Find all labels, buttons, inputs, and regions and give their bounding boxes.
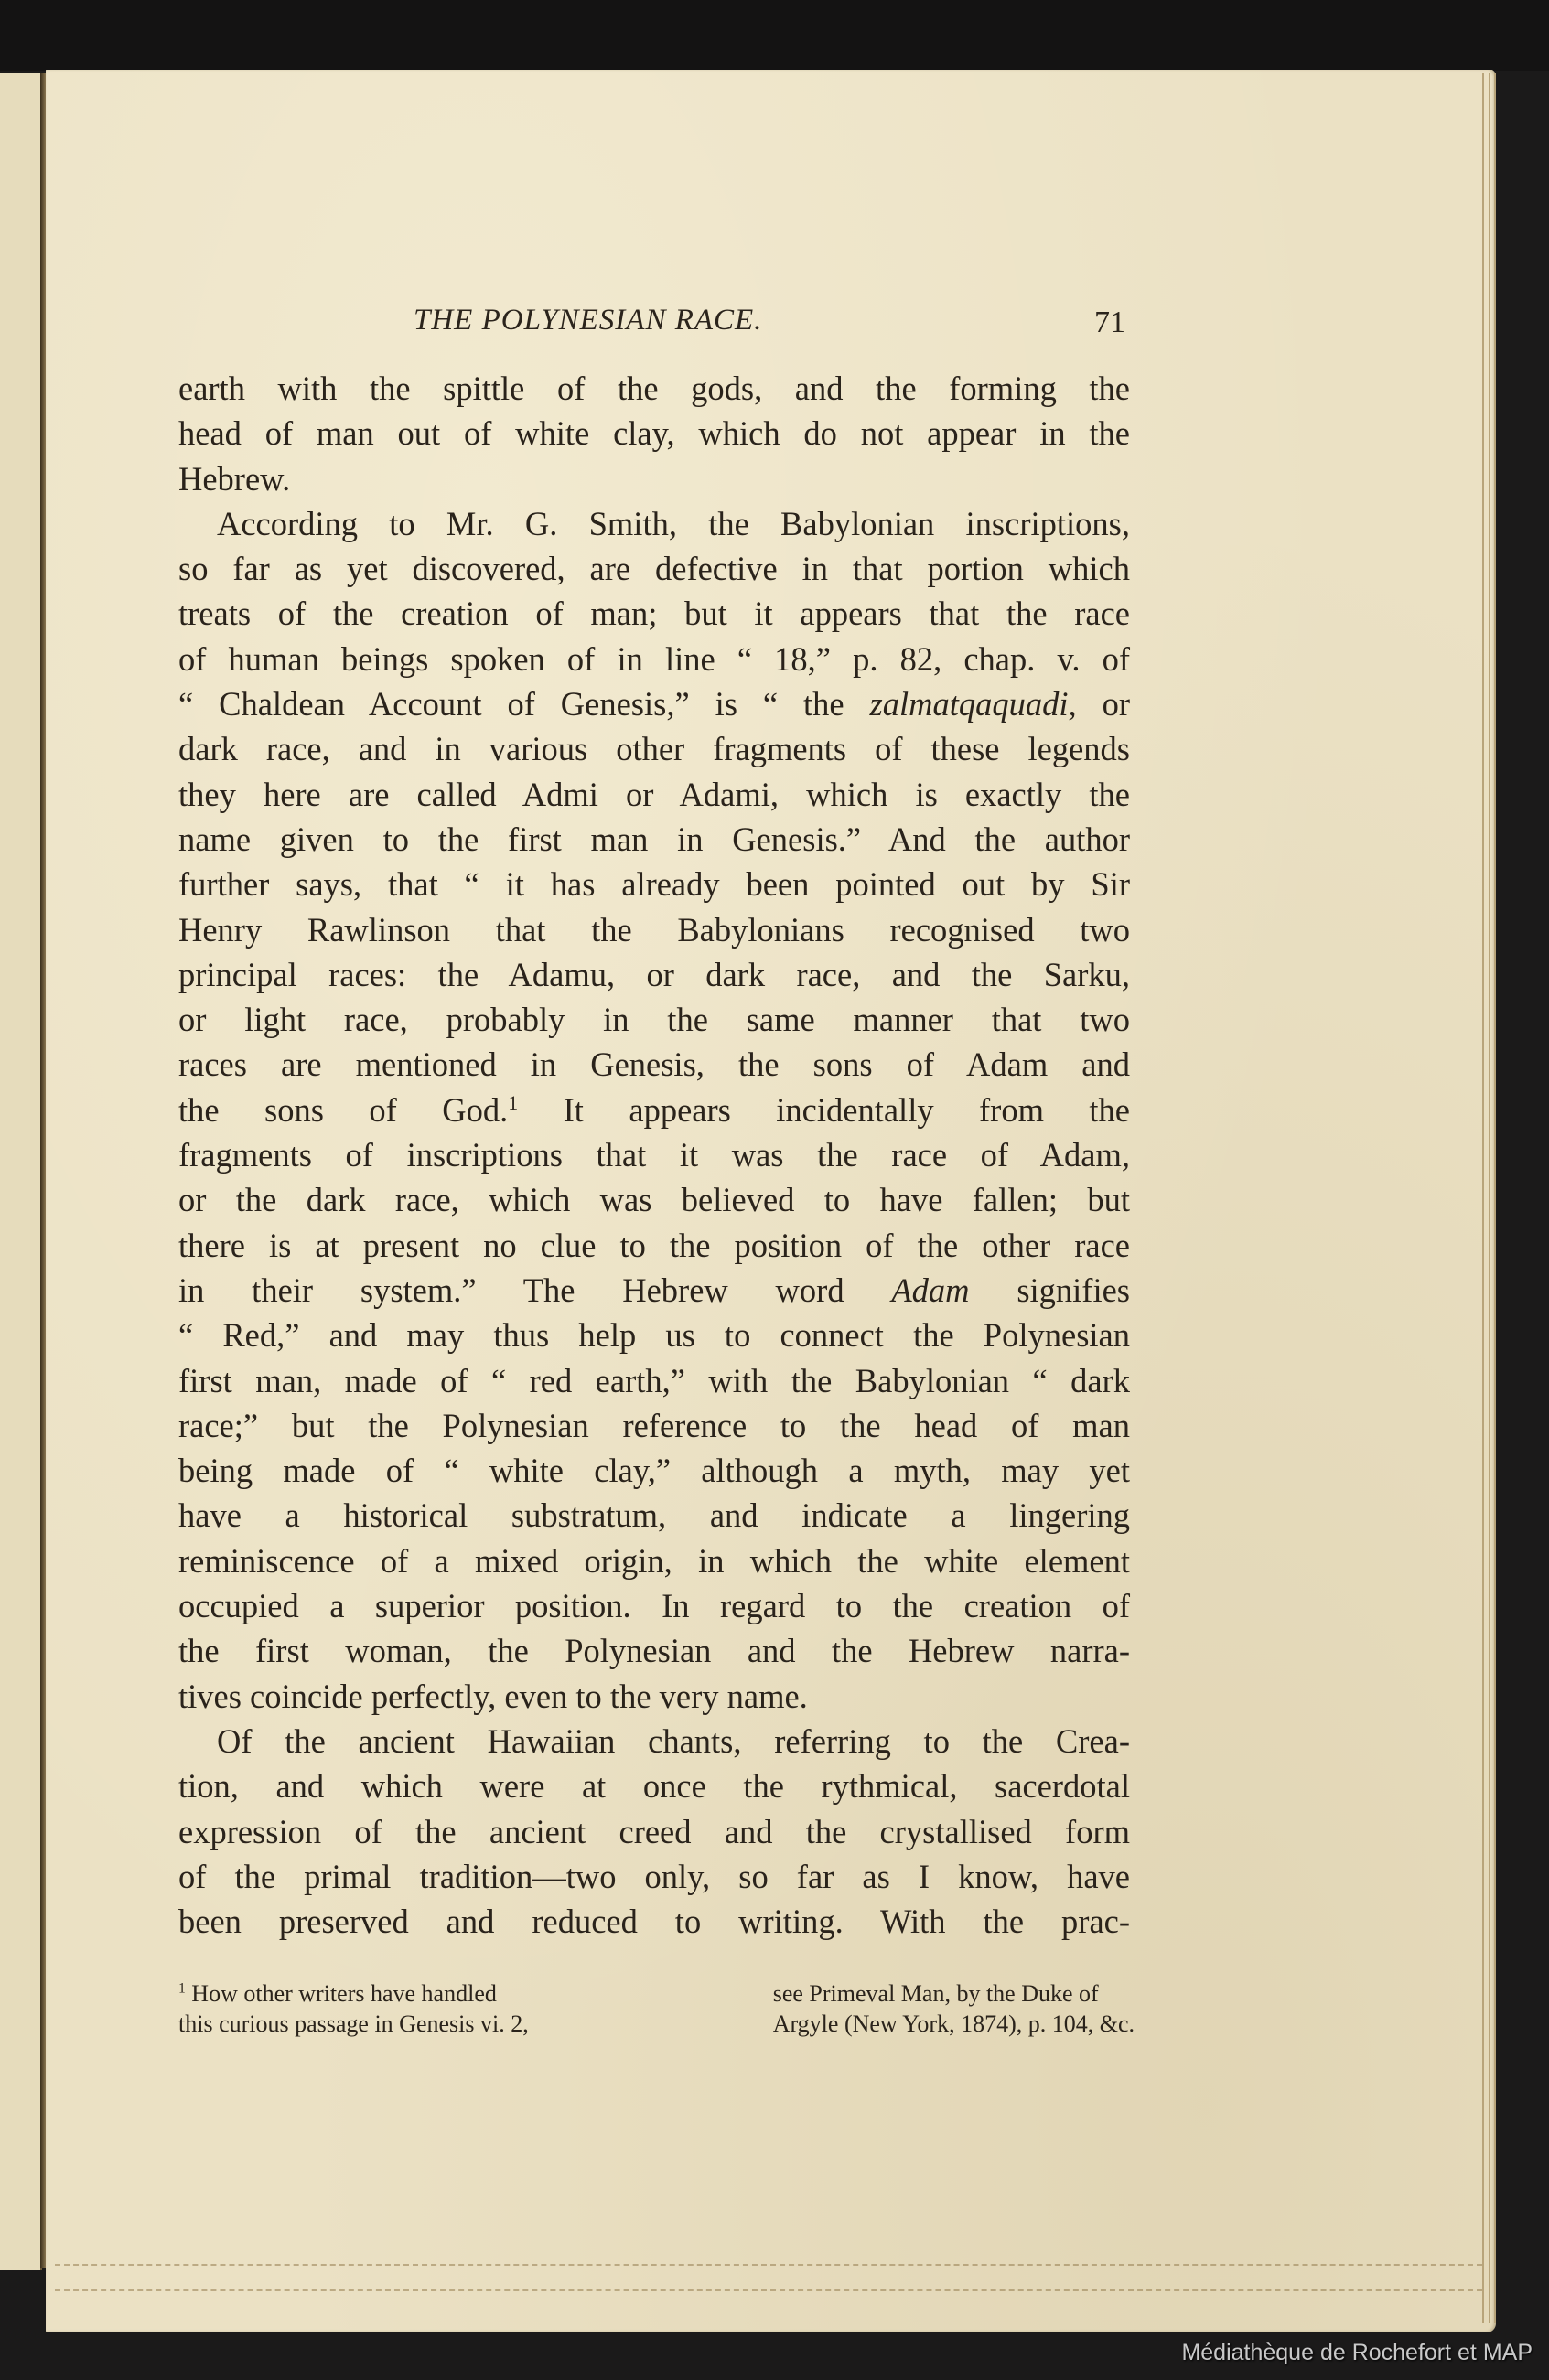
text-line: tives coincide perfectly, even to the ve… [178, 1674, 1130, 1719]
text-line: name given to the first man in Genesis.”… [178, 817, 1130, 862]
page-stack-edge [1494, 73, 1496, 2323]
text-run: signifies [970, 1271, 1130, 1309]
footnote-line: see Primeval Man, by the Duke of [773, 1978, 1135, 2009]
text-line: earth with the spittle of the gods, and … [178, 366, 1130, 411]
text-line: or light race, probably in the same mann… [178, 997, 1130, 1042]
text-line: tion, and which were at once the rythmic… [178, 1764, 1130, 1808]
text-run: in their system.” The Hebrew word [178, 1271, 891, 1309]
text-line: reminiscence of a mixed origin, in which… [178, 1538, 1130, 1583]
page-stack-edge [1482, 73, 1484, 2323]
footnote-marker: 1 [178, 1980, 186, 1996]
text-line: there is at present no clue to the posit… [178, 1223, 1130, 1268]
text-line: the sons of God.1 It appears incidentall… [178, 1088, 1130, 1132]
text-line: head of man out of white clay, which do … [178, 411, 1130, 456]
text-line: dark race, and in various other fragment… [178, 726, 1130, 771]
water-stain [55, 2289, 1482, 2291]
text-run: “ Chaldean Account of Genesis,” is “ the [178, 685, 870, 723]
text-line: of the primal tradition—two only, so far… [178, 1854, 1130, 1899]
text-line: being made of “ white clay,” although a … [178, 1448, 1130, 1493]
page-stack-edge [1489, 73, 1490, 2323]
body-text: earth with the spittle of the gods, and … [178, 366, 1130, 1944]
text-line: fragments of inscriptions that it was th… [178, 1132, 1130, 1177]
text-line: race;” but the Polynesian reference to t… [178, 1403, 1130, 1448]
text-line: the first woman, the Polynesian and the … [178, 1628, 1130, 1673]
running-title: THE POLYNESIAN RACE. [414, 304, 762, 338]
text-line: have a historical substratum, and indica… [178, 1493, 1130, 1538]
book-cover-background [0, 0, 1549, 71]
footnote-text: How other writers have handled [186, 1980, 497, 2007]
footnote-reference[interactable]: 1 [508, 1091, 518, 1114]
text-line: further says, that “ it has already been… [178, 862, 1130, 906]
text-line: so far as yet discovered, are defective … [178, 546, 1130, 591]
text-line: According to Mr. G. Smith, the Babylonia… [178, 501, 1130, 546]
text-line: principal races: the Adamu, or dark race… [178, 952, 1130, 997]
text-line: first man, made of “ red earth,” with th… [178, 1358, 1130, 1403]
text-line: been preserved and reduced to writing. W… [178, 1899, 1130, 1944]
source-credit: Médiathèque de Rochefort et MAP [1181, 2340, 1533, 2366]
text-line: expression of the ancient creed and the … [178, 1809, 1130, 1854]
italic-term: Adam [891, 1271, 969, 1309]
text-line: “ Red,” and may thus help us to connect … [178, 1313, 1130, 1357]
water-stain [55, 2264, 1482, 2266]
page-header: THE POLYNESIAN RACE. 71 [393, 304, 1125, 349]
italic-term: zalmatqaquadi, [870, 685, 1077, 723]
text-line: “ Chaldean Account of Genesis,” is “ the… [178, 681, 1130, 726]
page-number: 71 [1094, 306, 1125, 340]
text-run: It appears incidentally from the [518, 1091, 1130, 1129]
footnote-line: this curious passage in Genesis vi. 2, [178, 2009, 529, 2039]
text-line: Hebrew. [178, 456, 1130, 501]
footnote-line: Argyle (New York, 1874), p. 104, &c. [773, 2009, 1135, 2039]
text-line: Of the ancient Hawaiian chants, referrin… [178, 1719, 1130, 1764]
text-run: the sons of God. [178, 1091, 508, 1129]
text-run: or [1077, 685, 1130, 723]
footnote-line: 1 How other writers have handled [178, 1978, 529, 2009]
text-line: races are mentioned in Genesis, the sons… [178, 1042, 1130, 1087]
text-line: in their system.” The Hebrew word Adam s… [178, 1268, 1130, 1313]
text-line: or the dark race, which was believed to … [178, 1177, 1130, 1222]
text-line: they here are called Admi or Adami, whic… [178, 772, 1130, 817]
footnote-column-right: see Primeval Man, by the Duke of Argyle … [773, 1978, 1135, 2039]
text-line: treats of the creation of man; but it ap… [178, 591, 1130, 636]
footnote: 1 How other writers have handled this cu… [178, 1978, 1135, 2039]
text-line: occupied a superior position. In regard … [178, 1583, 1130, 1628]
text-line: of human beings spoken of in line “ 18,”… [178, 637, 1130, 681]
previous-page-edge [0, 73, 42, 2270]
text-line: Henry Rawlinson that the Babylonians rec… [178, 907, 1130, 952]
footnote-column-left: 1 How other writers have handled this cu… [178, 1978, 529, 2039]
